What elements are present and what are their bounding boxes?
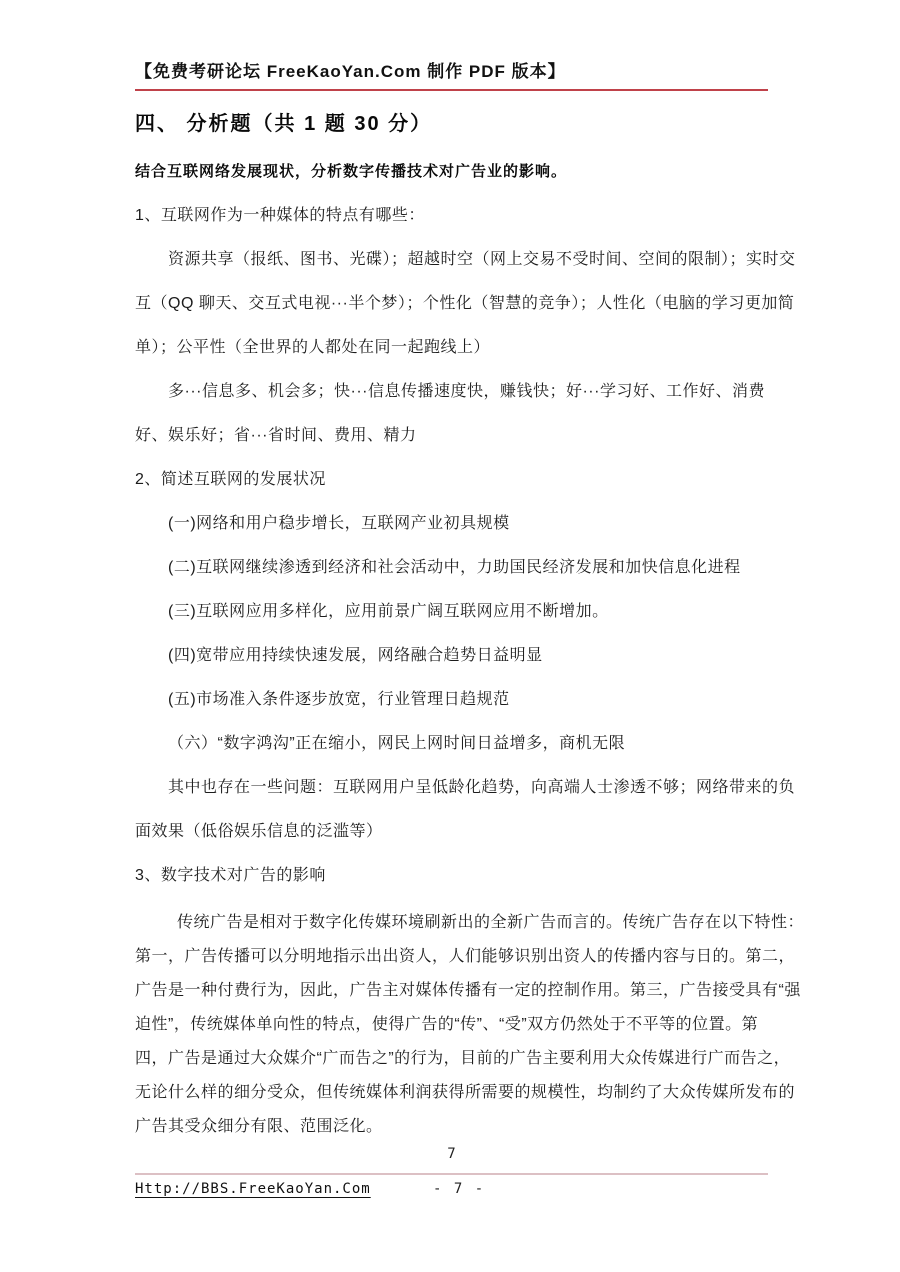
list-item-3: (三)互联网应用多样化，应用前景广阔互联网应用不断增加。 xyxy=(135,590,771,634)
paragraph-line: 第一，广告传播可以分明地指示出出资人，人们能够识别出资人的传播内容与日的。第二， xyxy=(135,940,771,974)
footer-site-link[interactable]: Http://BBS.FreeKaoYan.Com xyxy=(135,1181,371,1197)
list-item-4: (四)宽带应用持续快速发展，网络融合趋势日益明显 xyxy=(135,634,771,678)
page-footer: Http://BBS.FreeKaoYan.Com - 7 - xyxy=(135,1181,768,1205)
paragraph-line: 无论什么样的细分受众，但传统媒体利润获得所需要的规模性，均制约了大众传媒所发布的 xyxy=(135,1076,771,1110)
list-item-6: （六）“数字鸿沟”正在缩小，网民上网时间日益增多，商机无限 xyxy=(135,722,771,766)
paragraph-line: 面效果（低俗娱乐信息的泛滥等） xyxy=(135,810,771,854)
page-number-plain: 7 xyxy=(135,1146,768,1162)
list-item-1: (一)网络和用户稳步增长，互联网产业初具规模 xyxy=(135,502,771,546)
pdf-page: 【免费考研论坛 FreeKaoYan.Com 制作 PDF 版本】 四、 分析题… xyxy=(0,0,900,1272)
section-title: 四、 分析题（共 1 题 30 分） xyxy=(135,107,432,136)
page-header-banner: 【免费考研论坛 FreeKaoYan.Com 制作 PDF 版本】 xyxy=(135,57,768,91)
heading-point-1: 1、互联网作为一种媒体的特点有哪些： xyxy=(135,194,771,238)
heading-point-2: 2、简述互联网的发展状况 xyxy=(135,458,771,502)
question-statement: 结合互联网络发展现状，分析数字传播技术对广告业的影响。 xyxy=(135,160,567,181)
paragraph-line: 单）；公平性（全世界的人都处在同一起跑线上） xyxy=(135,326,771,370)
paragraph-line: 其中也存在一些问题：互联网用户呈低龄化趋势，向高端人士渗透不够；网络带来的负 xyxy=(135,766,771,810)
answer-body-part2: 传统广告是相对于数字化传媒环境刷新出的全新广告而言的。传统广告存在以下特性： 第… xyxy=(135,906,771,1144)
list-item-5: (五)市场准入条件逐步放宽，行业管理日趋规范 xyxy=(135,678,771,722)
paragraph-line: 好、娱乐好；省···省时间、费用、精力 xyxy=(135,414,771,458)
paragraph-line: 互（QQ 聊天、交互式电视···半个梦）；个性化（智慧的竞争）；人性化（电脑的学… xyxy=(135,282,771,326)
heading-point-3: 3、数字技术对广告的影响 xyxy=(135,854,771,898)
paragraph-line: 广告其受众细分有限、范围泛化。 xyxy=(135,1110,771,1144)
paragraph-line: 传统广告是相对于数字化传媒环境刷新出的全新广告而言的。传统广告存在以下特性： xyxy=(135,906,771,940)
paragraph-line: 迫性”，传统媒体单向性的特点，使得广告的“传”、“受”双方仍然处于不平等的位置。… xyxy=(135,1008,771,1042)
page-number-decorated: - 7 - xyxy=(433,1181,485,1197)
paragraph-line: 广告是一种付费行为，因此，广告主对媒体传播有一定的控制作用。第三，广告接受具有“… xyxy=(135,974,771,1008)
footer-divider xyxy=(135,1173,768,1175)
answer-body-part1: 1、互联网作为一种媒体的特点有哪些： 资源共享（报纸、图书、光碟）；超越时空（网… xyxy=(135,194,771,898)
paragraph-line: 四，广告是通过大众媒介“广而告之”的行为，目前的广告主要利用大众传媒进行广而告之… xyxy=(135,1042,771,1076)
list-item-2: (二)互联网继续渗透到经济和社会活动中，力助国民经济发展和加快信息化进程 xyxy=(135,546,771,590)
paragraph-line: 资源共享（报纸、图书、光碟）；超越时空（网上交易不受时间、空间的限制）；实时交 xyxy=(135,238,771,282)
paragraph-line: 多···信息多、机会多；快···信息传播速度快，赚钱快；好···学习好、工作好、… xyxy=(135,370,771,414)
